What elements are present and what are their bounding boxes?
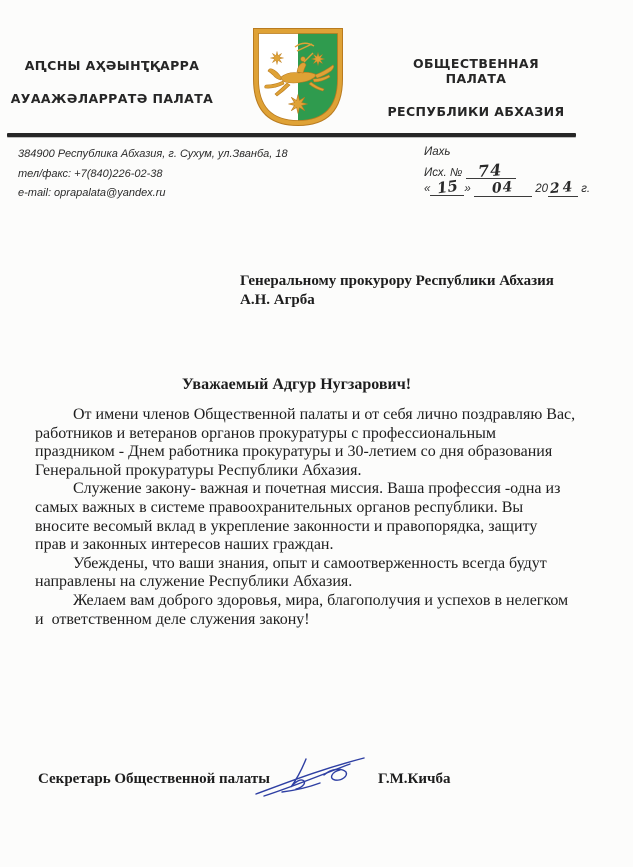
body-line: прав и законных интересов наших граждан. (35, 536, 625, 555)
letter-body: От имени членов Общественной палаты и от… (35, 406, 625, 629)
date-day-field: 15 (430, 180, 464, 196)
contact-block: 384900 Республика Абхазия, г. Сухум, ул.… (18, 145, 288, 204)
body-line: вносите весомый вклад в укрепление закон… (35, 518, 625, 537)
signer-name: Г.М.Кичба (378, 771, 451, 788)
date-year-handwritten: 24 (550, 180, 577, 197)
org-name-abkhaz-line1: АԤСНЫ АҲӘЫНҬҚАРРА (6, 58, 218, 73)
body-line: Генеральной прокуратуры Республики Абхаз… (35, 462, 625, 481)
date-suffix: г. (581, 183, 590, 195)
outgoing-number-field: 74 (466, 163, 516, 179)
date-year-field: 24 (548, 181, 578, 197)
body-line: самых важных в системе правоохранительны… (35, 499, 625, 518)
signer-title: Секретарь Общественной палаты (38, 771, 270, 788)
body-line: работников и ветеранов органов прокурату… (35, 425, 625, 444)
abkhazia-coat-of-arms-icon (251, 27, 345, 128)
date-day-handwritten: 15 (436, 179, 459, 197)
body-line: Убеждены, что ваши знания, опыт и самоот… (35, 555, 625, 574)
contact-address: 384900 Республика Абхазия, г. Сухум, ул.… (18, 145, 288, 165)
body-line: направлены на служение Республики Абхази… (35, 573, 625, 592)
salutation: Уважаемый Адгур Нугзарович! (182, 376, 411, 394)
date-century: 20 (535, 183, 548, 195)
org-name-russian: ОБЩЕСТВЕННАЯ ПАЛАТА РЕСПУБЛИКИ АБХАЗИЯ (381, 56, 571, 119)
body-line: и ответственном деле служения закону! (35, 611, 625, 630)
body-line: Служение закону- важная и почетная мисси… (35, 480, 625, 499)
handwritten-signature (252, 752, 370, 800)
date-month-handwritten: 04 (492, 180, 515, 197)
date-line: «15» 04 2024 г. (424, 180, 590, 197)
recipient-line2: А.Н. Агрба (240, 291, 554, 310)
reference-to-label: Иахь (424, 146, 590, 163)
org-name-russian-line2: РЕСПУБЛИКИ АБХАЗИЯ (381, 104, 571, 119)
org-name-abkhaz: АԤСНЫ АҲӘЫНҬҚАРРА АУААЖӘЛАРРАТӘ ПАЛАТА (6, 58, 218, 106)
outgoing-number-handwritten: 74 (478, 162, 503, 179)
recipient-line1: Генеральному прокурору Республики Абхази… (240, 272, 554, 291)
org-name-russian-line1: ОБЩЕСТВЕННАЯ ПАЛАТА (381, 56, 571, 86)
contact-phone: тел/факс: +7(840)226-02-38 (18, 165, 288, 185)
header-divider (7, 133, 576, 137)
org-name-abkhaz-line2: АУААЖӘЛАРРАТӘ ПАЛАТА (6, 91, 218, 106)
body-line: праздником - Днем работника прокуратуры … (35, 443, 625, 462)
reference-block: Иахь Исх. № 74 «15» 04 2024 г. (424, 146, 590, 197)
date-close-quote: » (464, 183, 470, 195)
recipient-block: Генеральному прокурору Республики Абхази… (240, 272, 554, 310)
body-line: Желаем вам доброго здоровья, мира, благо… (35, 592, 625, 611)
body-line: От имени членов Общественной палаты и от… (35, 406, 625, 425)
contact-email: e-mail: oprapalata@yandex.ru (18, 184, 288, 204)
scanned-letter-page: АԤСНЫ АҲӘЫНҬҚАРРА АУААЖӘЛАРРАТӘ ПАЛАТА (0, 0, 633, 867)
date-month-field: 04 (474, 181, 532, 197)
